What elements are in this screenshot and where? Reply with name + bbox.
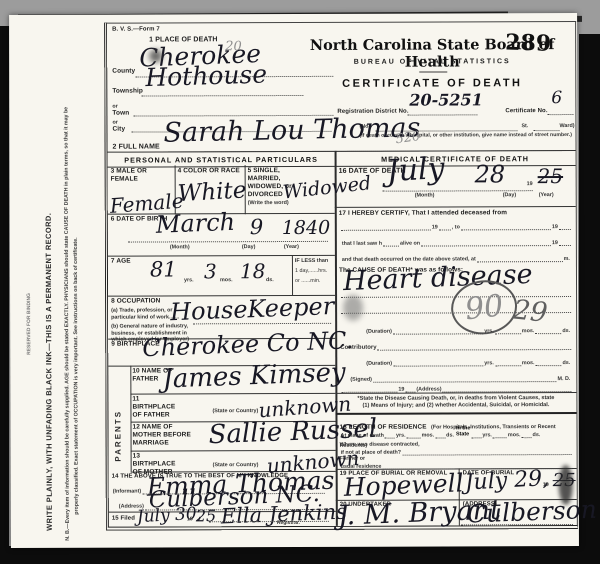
dob-year-note: (Year) (284, 244, 299, 250)
printed-19: 19 (431, 224, 439, 230)
certificate-title: CERTIFICATE OF DEATH (297, 77, 567, 90)
death-certificate-form: B. V. S.—Form 7 1 PLACE OF DEATH County … (104, 21, 578, 531)
margin-binding-text: RESERVED FOR BINDING (25, 55, 32, 355)
race-cell: 4 COLOR OR RACE White (175, 165, 246, 214)
to-label: , to (451, 224, 461, 230)
ds-label: ds. (561, 360, 571, 366)
duration-line-2: (Duration) yrs. mos. ds. (365, 356, 571, 367)
burial-19-printed: 19 (543, 482, 549, 488)
margin-nb-note-line1: N. B.—Every item of information should b… (63, 61, 71, 541)
dotted-fill (559, 245, 571, 246)
date-of-death-year: 25 (538, 164, 564, 188)
form-number: B. V. S.—Form 7 (112, 26, 160, 34)
mos-label: mos. (507, 432, 522, 438)
age-yrs-label: yrs. (184, 277, 194, 283)
mos-label: mos. (521, 328, 536, 334)
race-label: 4 COLOR OR RACE (175, 165, 245, 175)
md-label: M. D. (556, 376, 571, 382)
yrs-label: yrs. (395, 433, 407, 439)
dotted-fill (373, 381, 557, 383)
dotted-fill (536, 365, 562, 366)
filed-row: 15 Filed July 30, 19 25 Ella Jenkins Reg… (109, 511, 336, 527)
signed-line: (Signed) M. D. (349, 372, 571, 383)
dob-row: 6 DATE OF BIRTH March 9 1840 (Month) (Da… (108, 213, 335, 257)
bureau-subtitle: BUREAU OF VITAL STATISTICS (297, 58, 567, 68)
age-row: 7 AGE 81 yrs. 3 mos. 18 ds. IF LESS than… (108, 255, 335, 297)
father-name-row: 10 NAME OF FATHER James Kimsey (130, 365, 335, 395)
mother-name-label: 12 NAME OF MOTHER BEFORE MARRIAGE (130, 421, 192, 448)
contributory-label: Contributory (339, 345, 377, 351)
mos-label: mos. (421, 433, 436, 439)
marital-cell: 5 SINGLE, MARRIED, WIDOWED, or DIVORCED … (245, 165, 335, 214)
date-of-death-day: 28 (475, 160, 506, 188)
age-mos-label: mos. (220, 277, 233, 283)
dotted-fill (471, 437, 481, 438)
dotted-fill (421, 245, 551, 246)
certificate-no-value: 6 (551, 88, 562, 108)
dod-month-note: (Month) (415, 193, 435, 199)
alive-on-label: alive on (399, 241, 421, 247)
duration-note: (Duration) (365, 329, 393, 335)
age-years-value: 81 (150, 257, 177, 281)
dotted-fill (402, 454, 572, 456)
contracted-line2: if not at place of death? (340, 447, 572, 456)
or-city-label: City (112, 126, 125, 134)
yrs-label: yrs. (483, 360, 495, 366)
dob-month-value: March (155, 208, 235, 239)
date-of-death-row: 16 DATE OF DEATH July 28 19 25 (Month) (… (335, 164, 576, 208)
full-name-value: Sarah Lou Thomas (163, 112, 421, 148)
certify-statement: 17 I HEREBY CERTIFY, That I attended dec… (339, 209, 507, 218)
dotted-fill (383, 246, 399, 247)
race-value: White (177, 178, 245, 208)
date-of-death-19: 19 (527, 181, 533, 187)
ds-label: ds. (445, 432, 455, 438)
dotted-fill (461, 229, 551, 230)
smudge (343, 295, 363, 321)
scan-smudge-right (559, 465, 573, 505)
father-name-value: James Kimsey (162, 358, 346, 395)
ink-blot (149, 49, 162, 62)
mother-name-row: 12 NAME OF MOTHER BEFORE MARRIAGE Sallie… (130, 421, 335, 452)
contributory-line: Contributory (339, 340, 571, 351)
dotted-fill (559, 229, 571, 230)
footnote-line1: *State the Disease Causing Death, or, in… (335, 392, 576, 403)
registrar-label: Registrar. (277, 520, 300, 526)
parents-group-label: PARENTS (113, 378, 122, 462)
in-the-state-label: In theState (455, 427, 471, 439)
last-saw-label: that I last saw h (341, 241, 383, 247)
father-birthplace-note: (State or Country) (212, 408, 258, 414)
county-pencil-note: 20 (225, 39, 242, 54)
margin-nb-note-line2: properly classified. Exact statement of … (72, 95, 79, 515)
age-ds-label: ds. (266, 277, 274, 283)
dotted-fill (493, 437, 507, 438)
age-days-value: 18 (240, 259, 266, 283)
father-birthplace-label: 11 BIRTHPLACE OF FATHER (130, 393, 182, 420)
dob-day-note: (Day) (242, 244, 256, 250)
dod-day-note: (Day) (503, 192, 517, 198)
ds-label: ds. (532, 432, 542, 438)
dotted-fill (495, 333, 521, 334)
filed-19-printed: 19 (187, 516, 193, 522)
date-of-death-line (383, 186, 533, 192)
dotted-fill (439, 229, 451, 230)
mother-birthplace-note: (State or Country) (213, 462, 259, 468)
ds-label: ds. (561, 328, 571, 334)
certify-from-line: 19 , to 19 (341, 220, 571, 231)
yrs-label: yrs. (481, 432, 493, 438)
dod-year-note: (Year) (539, 192, 554, 198)
pencil-code-value: 90 (463, 288, 505, 327)
township-value: Hothouse (145, 60, 268, 93)
sex-label: 3 MALE OR FEMALE (108, 165, 175, 183)
residence-duration-line: At place of death yrs. mos. ds. In theSt… (340, 428, 572, 439)
margin-write-plainly-text: WRITE PLAINLY, WITH UNFADING BLACK INK—T… (43, 61, 54, 531)
printed-19: 19 (551, 224, 559, 230)
scan-edge-bottom (0, 546, 600, 564)
township-label: Township (112, 88, 143, 96)
duration-line-1: (Duration) yrs. mos. ds. (365, 324, 571, 335)
dotted-fill (535, 333, 561, 334)
st-label: St. (521, 123, 528, 129)
certificate-page: RESERVED FOR BINDING WRITE PLAINLY, WITH… (9, 13, 579, 548)
dotted-fill (435, 437, 445, 438)
undertaker-cell: 20 UNDERTAKER J. M. Bryant (336, 499, 460, 525)
registration-district-value: 20-5251 (409, 90, 483, 109)
medical-section-title: MEDICAL CERTIFICATE OF DEATH (335, 151, 576, 164)
undertaker-address-cell: (ADDRESS) Culberson (459, 499, 577, 525)
dotted-fill (393, 365, 483, 366)
st-line (533, 118, 559, 131)
dotted-fill (341, 230, 431, 231)
residence-block: 18 LENGTH OF RESIDENCE (For Hospitals, I… (335, 412, 576, 470)
yrs-label: yrs. (483, 328, 495, 334)
signed-note: (Signed) (349, 377, 373, 383)
dotted-fill (522, 437, 532, 438)
certify-block: 17 I HEREBY CERTIFY, That I attended dec… (335, 206, 577, 394)
mos-label: mos. (521, 360, 536, 366)
county-label: County (112, 68, 135, 76)
printed-19: 19 (551, 240, 559, 246)
scan-edge-left (0, 26, 9, 564)
or-town-label: Town (112, 110, 129, 118)
ward-label: Ward) (559, 123, 574, 129)
filed-year-value: 25 (196, 506, 216, 525)
dob-month-note: (Month) (170, 244, 190, 250)
at-place-label: At place of death (340, 433, 385, 439)
burial-date-value: July 29, (464, 466, 550, 496)
certificate-no-label: Certificate No. (505, 108, 547, 116)
if-less-cell: IF LESS than 1 day,......hrs. or ......m… (292, 255, 336, 295)
dotted-fill (407, 438, 421, 439)
dotted-fill (495, 365, 521, 366)
scan-edge-right (579, 34, 600, 564)
title-rule (419, 71, 447, 72)
date-of-death-month: July (386, 151, 446, 189)
registrar-line (209, 517, 329, 522)
if-less-line2: 1 day,......hrs. (293, 264, 336, 275)
sex-cell: 3 MALE OR FEMALE Female (108, 165, 176, 214)
dotted-fill (385, 438, 395, 439)
occupation-line (193, 319, 331, 324)
duration-note: (Duration) (365, 361, 393, 367)
footnote-line2: (1) Means of Injury; and (2) whether Acc… (335, 402, 576, 410)
dotted-fill (393, 333, 483, 334)
informant-note: (Informant) (113, 489, 141, 495)
parents-group-cell: PARENTS (108, 366, 131, 472)
age-months-value: 3 (204, 259, 217, 283)
filed-label: 15 Filed (112, 516, 135, 524)
undertaker-address-line (461, 521, 573, 525)
if-less-line1: IF LESS than (293, 255, 336, 265)
last-saw-line: that I last saw h alive on 19 (341, 236, 571, 247)
m-label: m. (563, 256, 571, 262)
state-label: State (456, 431, 469, 437)
dob-line (128, 235, 328, 243)
if-less-line3: or ......min. (293, 275, 336, 285)
personal-section-title: PERSONAL AND STATISTICAL PARTICULARS (108, 152, 335, 165)
stamp-number: 289 (505, 29, 552, 56)
dotted-fill (378, 349, 572, 351)
